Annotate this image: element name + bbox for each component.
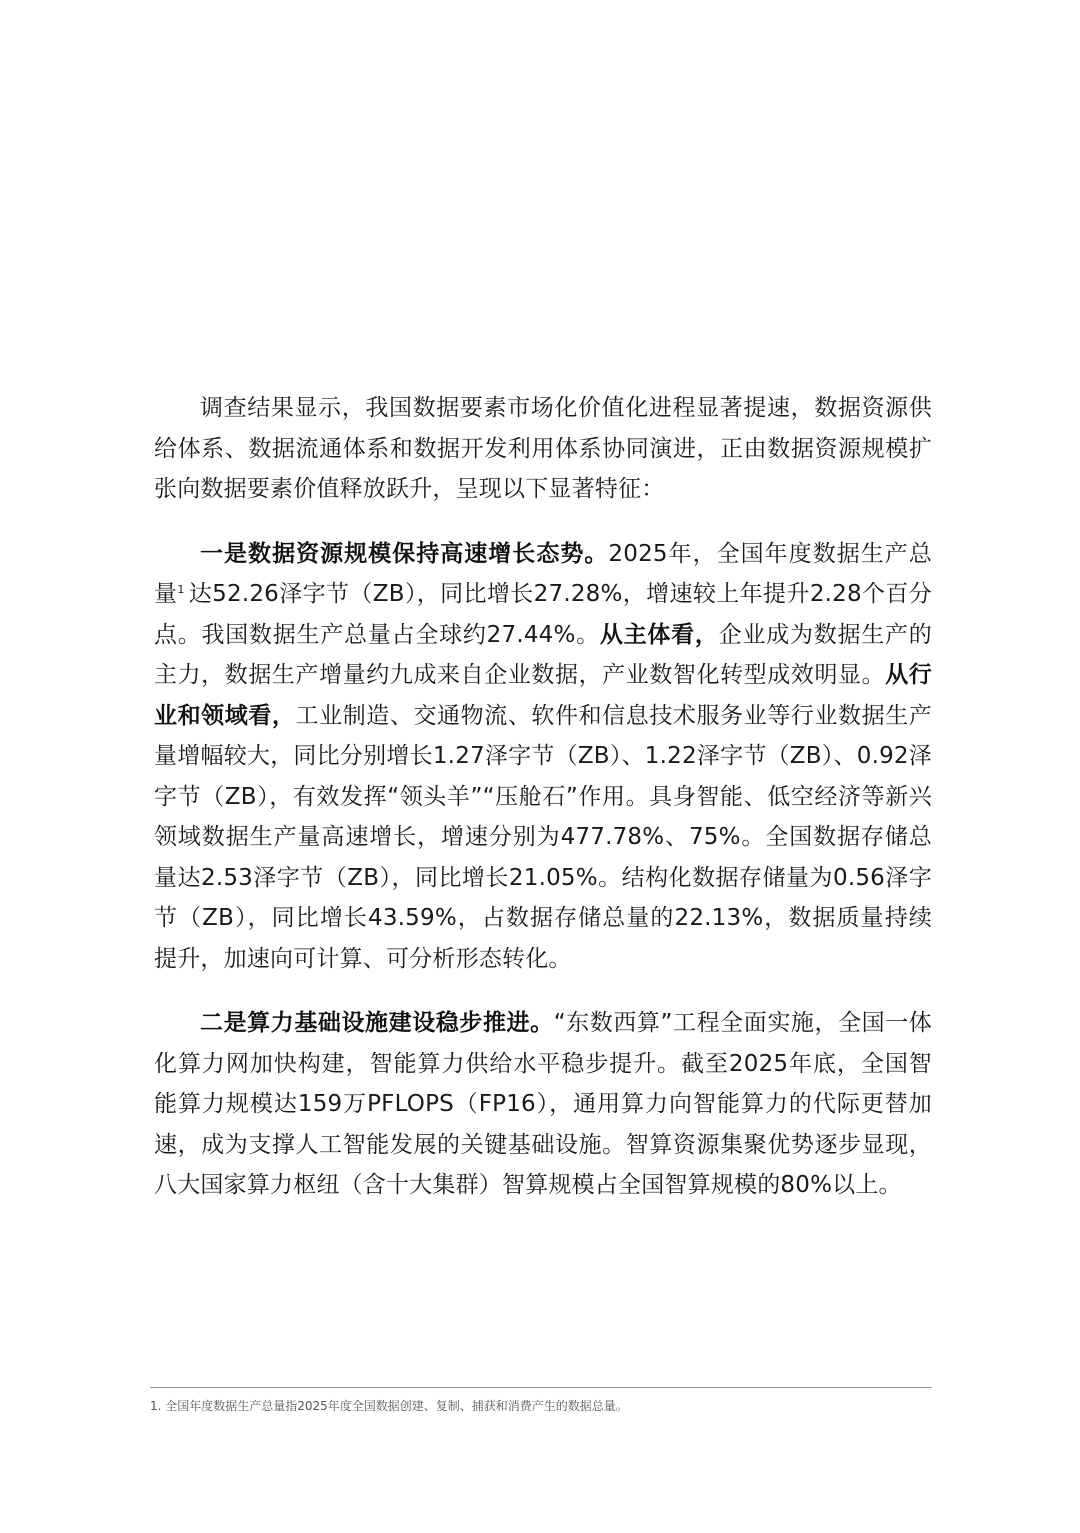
intro-text: 调查结果显示，我国数据要素市场化价值化进程显著提速，数据资源供给体系、数据流通体…	[154, 395, 932, 502]
section-2-text: “东数西算”工程全面实施，全国一体化算力网加快构建，智能算力供给水平稳步提升。截…	[154, 1010, 932, 1198]
footnote-divider	[150, 1387, 932, 1388]
section-1-paragraph: 一是数据资源规模保持高速增长态势。2025年，全国年度数据生产总量1达52.26…	[154, 534, 932, 980]
footnote-1: 1. 全国年度数据生产总量指2025年度全国数据创建、复制、捕获和消费产生的数据…	[150, 1398, 628, 1414]
section-1-subheading-subject: 从主体看，	[600, 622, 719, 648]
intro-paragraph: 调查结果显示，我国数据要素市场化价值化进程显著提速，数据资源供给体系、数据流通体…	[154, 388, 932, 510]
footnote-ref-1[interactable]: 1	[177, 583, 184, 596]
section-2-paragraph: 二是算力基础设施建设稳步推进。“东数西算”工程全面实施，全国一体化算力网加快构建…	[154, 1003, 932, 1206]
section-1-heading: 一是数据资源规模保持高速增长态势。	[200, 541, 608, 567]
section-1-text-d: 工业制造、交通物流、软件和信息技术服务业等行业数据生产量增幅较大，同比分别增长1…	[154, 703, 932, 972]
section-2-heading: 二是算力基础设施建设稳步推进。	[200, 1010, 554, 1036]
document-body: 调查结果显示，我国数据要素市场化价值化进程显著提速，数据资源供给体系、数据流通体…	[154, 388, 932, 1230]
